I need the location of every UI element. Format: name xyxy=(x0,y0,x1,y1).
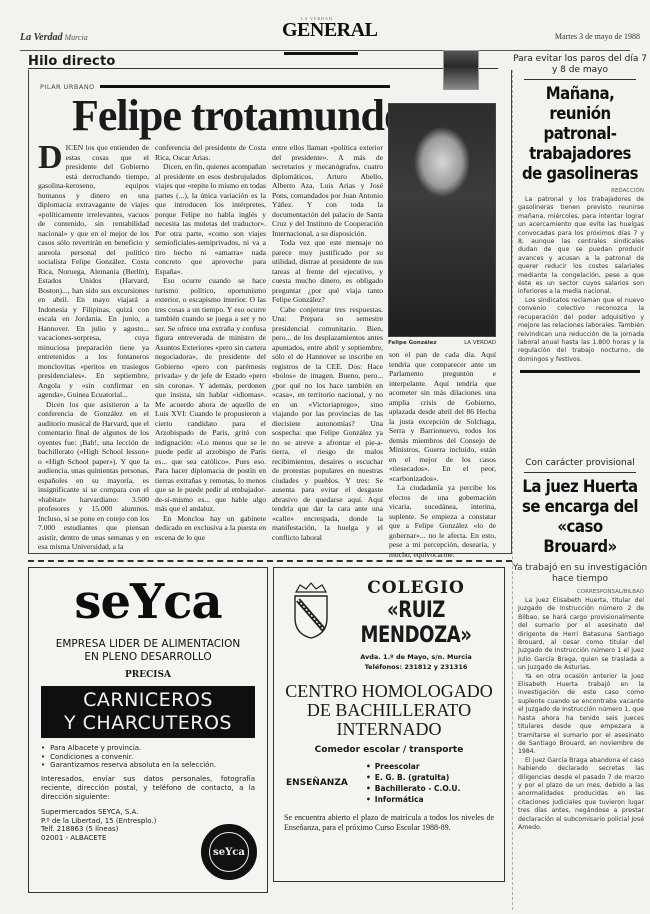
story-paragraph: La juez Elisabeth Huerta, titular del Ju… xyxy=(518,597,644,673)
ad-bullet: Condiciones a convenir. xyxy=(41,753,255,762)
seal-text: seYca xyxy=(209,832,249,872)
article-column-2: conferencia del presidente de Costa Rica… xyxy=(155,143,266,542)
level-item: Informática xyxy=(366,794,460,805)
address-line: Supermercados SEYCA, S.A. xyxy=(41,808,255,817)
ad-precisa: PRECISA xyxy=(29,670,267,680)
ad-bullet-list: Para Albacete y provincia. Condiciones a… xyxy=(41,744,255,770)
article-paragraph: son el pan de cada día. Aquí tendría que… xyxy=(389,350,496,483)
caption-text: Felipe González xyxy=(388,340,437,346)
level-item: Preescolar xyxy=(366,761,460,772)
photo-credit: LA VERDAD xyxy=(464,340,496,346)
article-column-1: DICEN los que entienden de estas cosas q… xyxy=(38,143,149,552)
seyca-job-ad: seYca EMPRESA LIDER DE ALIMENTACION EN P… xyxy=(28,567,268,893)
colegio-address: Avda. 1.º de Mayo, s/n. Murcia xyxy=(328,652,504,662)
ad-tagline: EN PLENO DESARROLLO xyxy=(29,651,267,664)
kicker-rule xyxy=(524,79,636,80)
paragraph-text: ICEN los que entienden de estas cosas qu… xyxy=(38,143,149,399)
author-portrait xyxy=(443,50,479,90)
story-body: La juez Elisabeth Huerta, titular del Ju… xyxy=(512,595,648,832)
colegio-footer: Se encuentra abierto el plazo de matrícu… xyxy=(284,813,494,833)
article-paragraph: En Moncloa hay un gabinete dedicado en e… xyxy=(155,514,266,543)
colegio-title: COLEGIO xyxy=(328,578,504,598)
colegio-name: «RUIZ MENDOZA» xyxy=(344,598,488,648)
article-paragraph: entre ellos llaman «política exterior de… xyxy=(272,143,383,238)
article-column-3: entre ellos llaman «política exterior de… xyxy=(272,143,383,542)
logo-text: La Verdad xyxy=(20,32,63,43)
headline-line: CENTRO HOMOLOGADO xyxy=(274,682,504,701)
article-paragraph: Eso ocurre cuando se hace turismo políti… xyxy=(155,276,266,514)
drop-cap: D xyxy=(38,144,63,172)
story-paragraph: Los sindicatos reclaman que el nuevo con… xyxy=(518,297,644,364)
coat-of-arms-icon xyxy=(290,582,332,640)
story-body: La patronal y los trabajadores de gasoli… xyxy=(512,194,648,364)
story-headline: La juez Huerta se encarga del «caso Brou… xyxy=(520,477,640,557)
ensenanza-block: ENSEÑANZA Preescolar E. G. B. (gratuita)… xyxy=(274,761,504,805)
level-item: Bachillerato - C.O.U. xyxy=(366,783,460,794)
job-title: CARNICEROS xyxy=(41,689,255,712)
ad-bullet: Para Albacete y provincia. xyxy=(41,744,255,753)
ad-divider xyxy=(28,560,512,562)
story-paragraph: La patronal y los trabajadores de gasoli… xyxy=(518,196,644,297)
colegio-phones: Teléfonos: 231812 y 231316 xyxy=(328,662,504,672)
masthead-divider xyxy=(20,50,630,51)
column-section-label: Hilo directo xyxy=(28,54,116,69)
story-headline: Mañana, reunión patronal-trabajadores de… xyxy=(520,84,640,184)
story-paragraph: El juez García Braga abandona el caso ha… xyxy=(518,757,644,833)
newspaper-logo: La Verdad Murcia xyxy=(20,32,88,43)
masthead-bar xyxy=(284,52,358,55)
photo-caption: Felipe González LA VERDAD xyxy=(388,340,496,346)
article-paragraph: Cabe conjeturar tres respuestas. Una: Pr… xyxy=(272,305,383,543)
byline-bar xyxy=(100,85,390,88)
article-paragraph: Dicen los que asistieron a la conferenci… xyxy=(38,400,149,552)
headline-line: INTERNADO xyxy=(274,720,504,739)
logo-subtitle: Murcia xyxy=(65,33,88,42)
levels-list: Preescolar E. G. B. (gratuita) Bachiller… xyxy=(366,761,460,805)
issue-date: Martes 3 de mayo de 1988 xyxy=(555,32,640,41)
article-headline: Felipe trotamundos xyxy=(72,92,421,140)
article-byline: PILAR URBANO xyxy=(40,83,95,91)
ensenanza-label: ENSEÑANZA xyxy=(286,778,366,788)
headline-line: DE BACHILLERATO xyxy=(274,701,504,720)
article-paragraph: DICEN los que entienden de estas cosas q… xyxy=(38,143,149,400)
section-divider xyxy=(28,68,498,69)
article-paragraph: Toda vez que este mensaje no parece muy … xyxy=(272,238,383,305)
story-kicker: Con carácter provisional xyxy=(512,458,648,469)
colegio-ad: COLEGIO «RUIZ MENDOZA» Avda. 1.º de Mayo… xyxy=(273,567,505,882)
story-paragraph: Ya en otra ocasión anterior la juez Elis… xyxy=(518,673,644,757)
article-paragraph: Dicen, en fin, quienes acompañan al pres… xyxy=(155,162,266,276)
story-subhead: Ya trabajó en su investigación hace tiem… xyxy=(512,563,648,585)
story-end-rule xyxy=(520,370,640,373)
sidebar-story-brouard: Con carácter provisional La juez Huerta … xyxy=(512,458,648,832)
story-kicker: Para evitar los paros del día 7 y 8 de m… xyxy=(512,54,648,76)
seyca-logo: seYca xyxy=(29,576,267,628)
level-item: E. G. B. (gratuita) xyxy=(366,772,460,783)
ad-bullet: Garantizamos reserva absoluta en la sele… xyxy=(41,761,255,770)
ad-instructions: Interesados, enviar sus datos personales… xyxy=(41,775,255,802)
section-title: GENERAL xyxy=(282,21,352,39)
article-paragraph: conferencia del presidente de Costa Rica… xyxy=(155,143,266,162)
colegio-headline: CENTRO HOMOLOGADO DE BACHILLERATO INTERN… xyxy=(274,682,504,739)
article-column-4: son el pan de cada día. Aquí tendría que… xyxy=(389,350,496,559)
ad-tagline: EMPRESA LIDER DE ALIMENTACION xyxy=(29,638,267,651)
sidebar-story-gasolineras: Para evitar los paros del día 7 y 8 de m… xyxy=(512,54,648,379)
colegio-services: Comedor escolar / transporte xyxy=(274,745,504,755)
section-masthead: LA VERDAD GENERAL xyxy=(282,16,352,39)
seyca-seal-icon: seYca xyxy=(201,824,257,880)
article-paragraph: La ciudadanía ya percibe los efectos de … xyxy=(389,483,496,559)
job-title-banner: CARNICEROS Y CHARCUTEROS xyxy=(41,686,255,738)
felipe-gonzalez-photo xyxy=(388,103,496,337)
masthead: La Verdad Murcia LA VERDAD GENERAL Marte… xyxy=(20,10,650,52)
kicker-rule xyxy=(524,472,636,473)
job-title: Y CHARCUTEROS xyxy=(41,712,255,735)
